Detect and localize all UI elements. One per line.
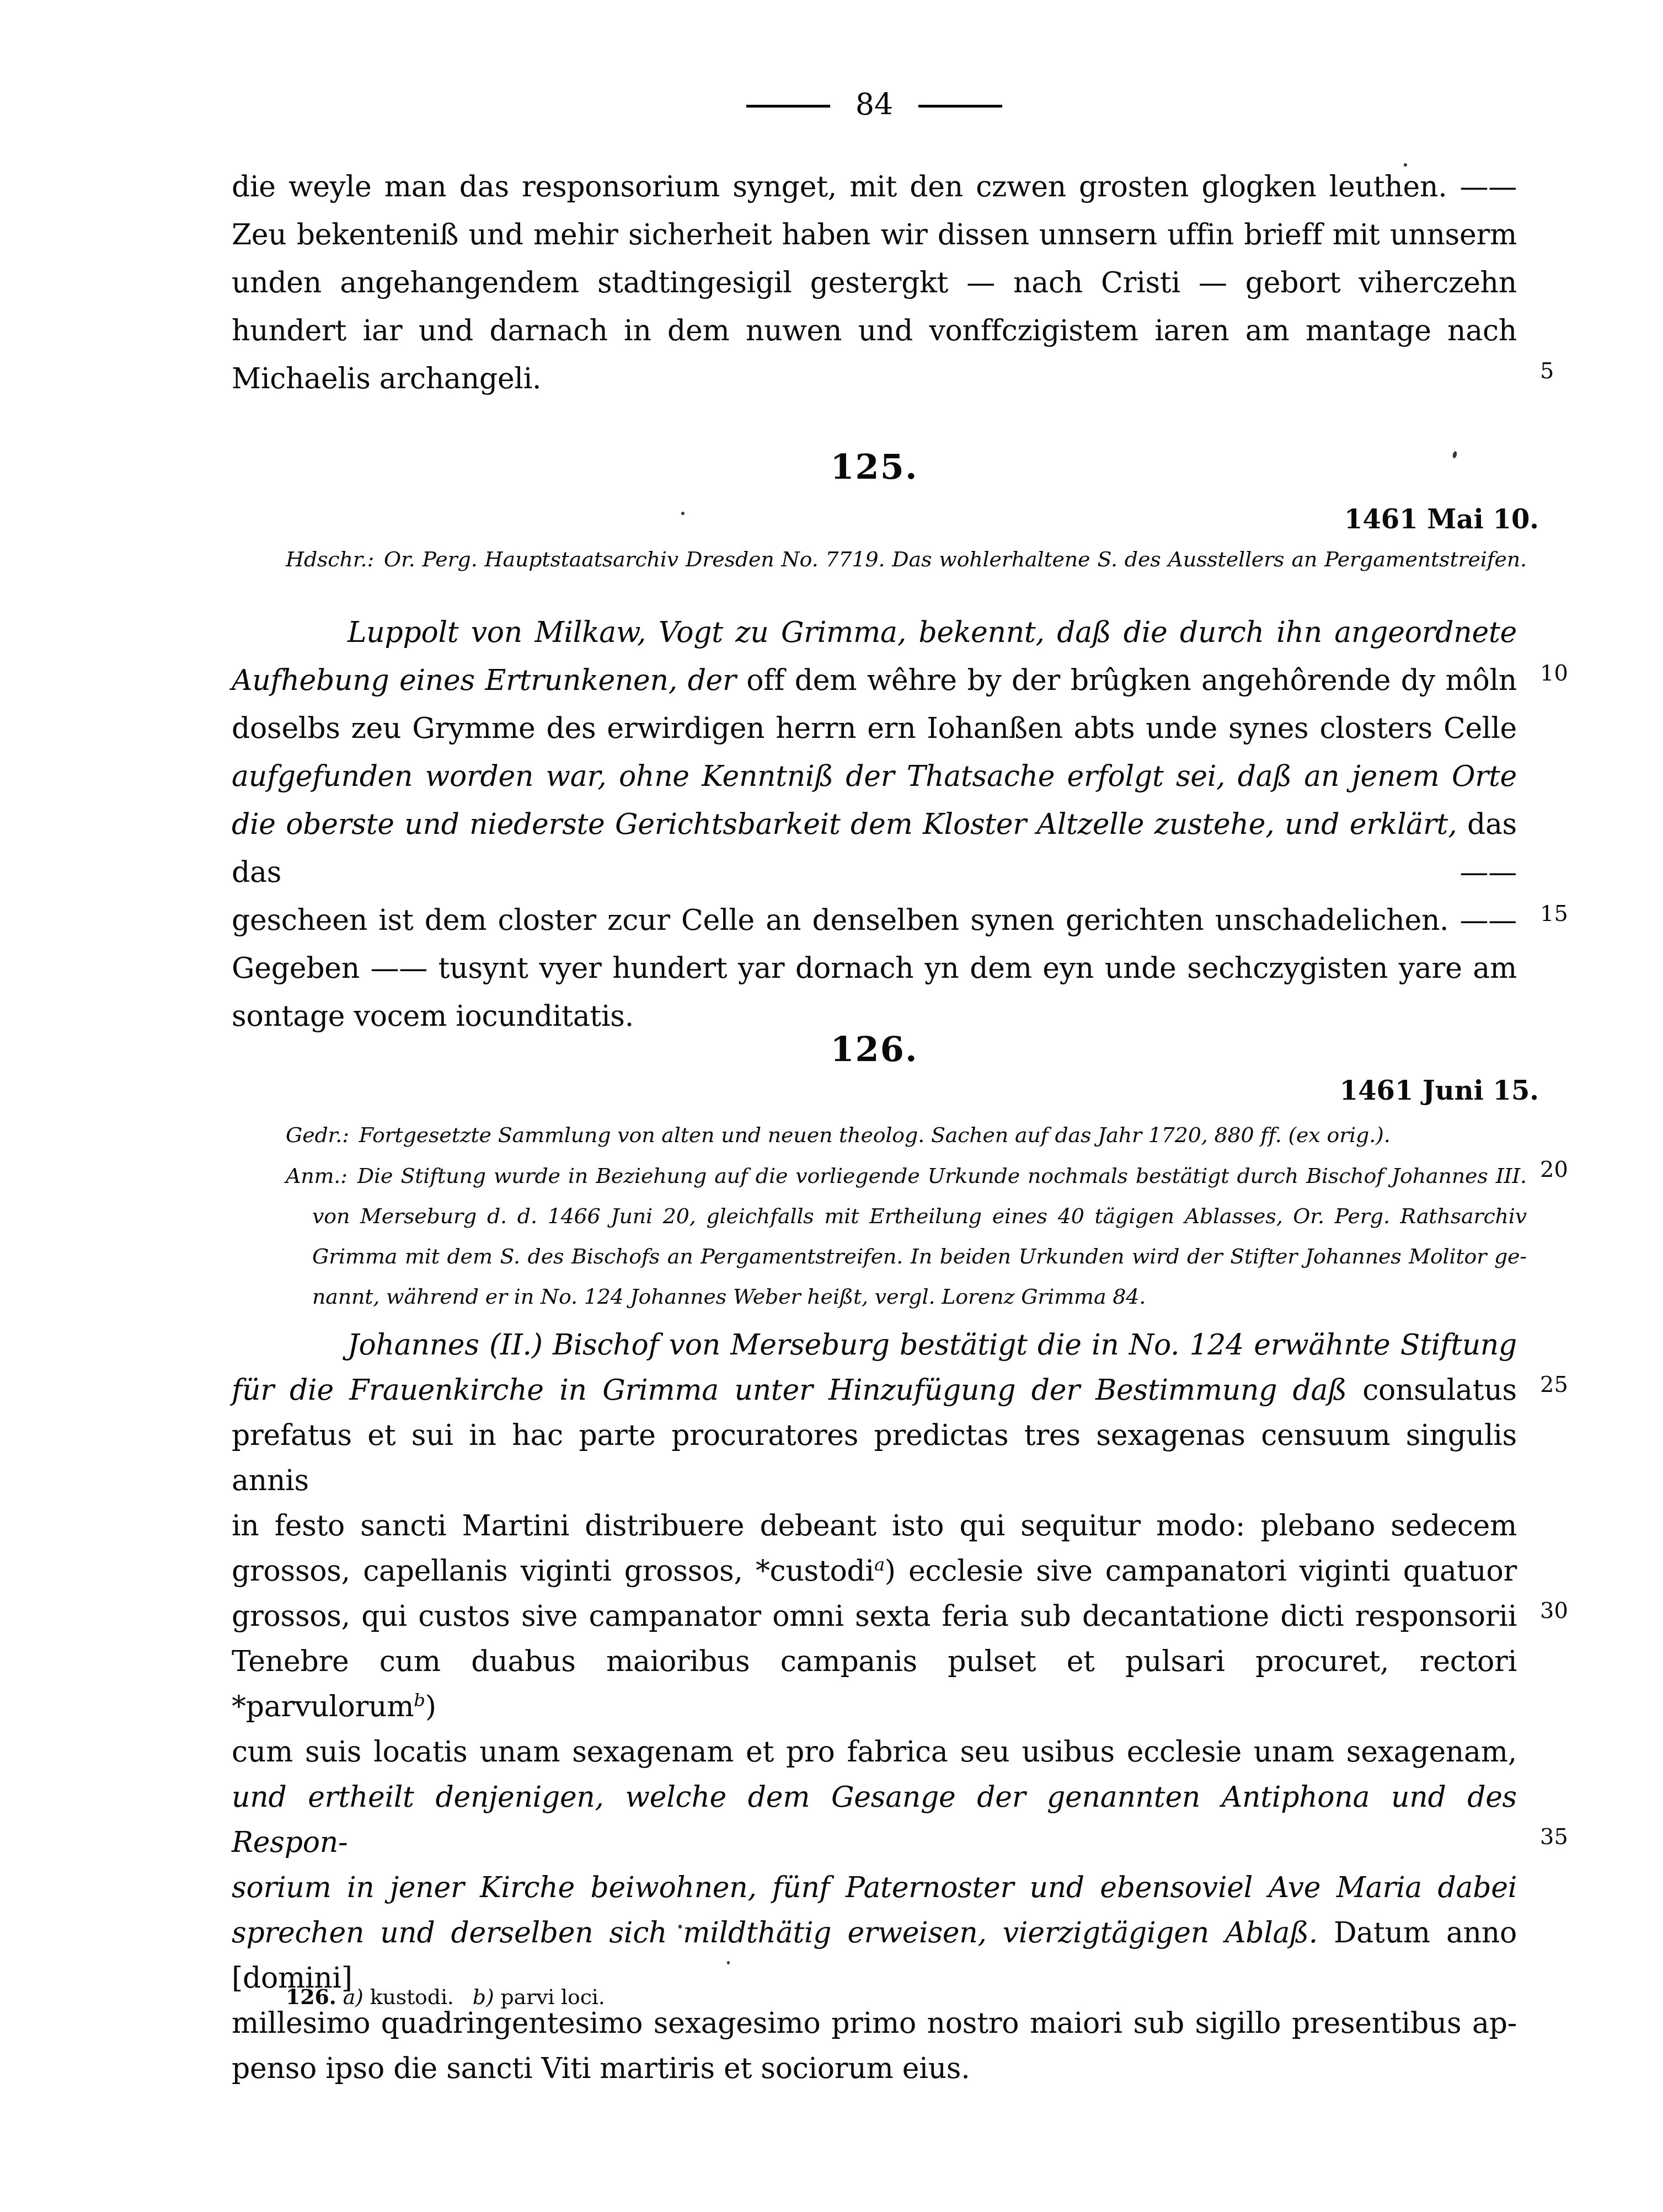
- doc-126-summary-paragraph: Johannes (II.) Bischof von Merseburg bes…: [232, 1322, 1517, 2091]
- text-line: sorium in jener Kirche beiwohnen, fünf P…: [232, 1865, 1517, 1910]
- summary-run: sprechen und derselben sich mildthätig e…: [232, 1916, 1334, 1949]
- summary-run: für die Frauenkirche in Grimma unter Hin…: [232, 1374, 1362, 1407]
- doc-126-heading: 126.: [232, 1029, 1517, 1069]
- note-mark-a: a: [874, 1554, 885, 1575]
- text-line: grossos, capellanis viginti grossos, *cu…: [232, 1549, 1517, 1594]
- footnote: 126. a) kustodi.b) parvi loci.: [286, 1984, 1527, 2009]
- margin-line-number-15: 15: [1540, 901, 1568, 926]
- gedr-text: Fortgesetzte Sammlung von alten und neue…: [359, 1123, 1391, 1147]
- doc-125-date: 1461 Mai 10.: [1344, 504, 1539, 535]
- quoted-run: off dem wêhre by der brûgken angehôrende…: [746, 664, 1517, 697]
- margin-line-number-25: 25: [1540, 1372, 1568, 1397]
- doc-125-heading: 125.: [232, 447, 1517, 487]
- text-line: grossos, qui custos sive campanator omni…: [232, 1594, 1517, 1639]
- header-rule-left: [746, 105, 830, 108]
- margin-line-number-5: 5: [1540, 358, 1554, 384]
- anm-label: Anm.:: [286, 1164, 347, 1188]
- text-line: Tenebre cum duabus maioribus campanis pu…: [232, 1639, 1517, 1729]
- margin-line-number-35: 35: [1540, 1824, 1568, 1850]
- scanned-book-page: 84 die weyle man das responsorium synget…: [0, 0, 1663, 2212]
- text-line: penso ipso die sancti Viti martiris et s…: [232, 2046, 1517, 2091]
- quoted-run: grossos, capellanis viginti grossos, *cu…: [232, 1555, 874, 1588]
- continuation-paragraph: die weyle man das responsorium synget, m…: [232, 163, 1517, 403]
- page-number: 84: [855, 87, 894, 122]
- note-mark-b: b: [414, 1690, 425, 1711]
- footnote-a-text: kustodi.: [370, 1985, 454, 2009]
- text-line: aufgefunden worden war, ohne Kenntniß de…: [232, 753, 1517, 801]
- text-line: die weyle man das responsorium synget, m…: [232, 163, 1517, 211]
- doc-126-date: 1461 Juni 15.: [1340, 1075, 1539, 1106]
- text-line: Luppolt von Milkaw, Vogt zu Grimma, beke…: [232, 609, 1517, 657]
- scan-speck: [678, 1925, 682, 1929]
- text-line: Aufhebung eines Ertrunkenen, der off dem…: [232, 657, 1517, 705]
- text-line: cum suis locatis unam sexagenam et pro f…: [232, 1729, 1517, 1775]
- text-line: Zeu bekenteniß und mehir sicherheit habe…: [232, 211, 1517, 259]
- quoted-run: consulatus: [1362, 1374, 1517, 1407]
- text-line: die oberste und niederste Gerichtsbarkei…: [232, 801, 1517, 897]
- text-line: hundert iar und darnach in dem nuwen und…: [232, 307, 1517, 355]
- anm-run: Die Stiftung wurde in Beziehung auf die …: [357, 1164, 1527, 1188]
- quoted-run: ): [425, 1690, 436, 1723]
- quoted-run: Tenebre cum duabus maioribus campanis pu…: [232, 1645, 1517, 1723]
- text-line: und ertheilt denjenigen, welche dem Gesa…: [232, 1775, 1517, 1865]
- text-line: in festo sancti Martini distribuere debe…: [232, 1503, 1517, 1549]
- summary-run: Aufhebung eines Ertrunkenen, der: [232, 664, 746, 697]
- hdschr-text: Or. Perg. Hauptstaatsarchiv Dresden No. …: [384, 547, 1527, 571]
- text-line: Grimma mit dem S. des Bischofs an Pergam…: [312, 1236, 1527, 1277]
- text-line: Anm.:Die Stiftung wurde in Beziehung auf…: [286, 1156, 1527, 1196]
- margin-line-number-10: 10: [1540, 661, 1568, 686]
- text-line: gescheen ist dem closter zcur Celle an d…: [232, 897, 1517, 945]
- scan-speck: [727, 1961, 730, 1964]
- text-line: für die Frauenkirche in Grimma unter Hin…: [232, 1368, 1517, 1413]
- scan-speck: [681, 512, 685, 515]
- doc-126-print-source-line: Gedr.:Fortgesetzte Sammlung von alten un…: [286, 1123, 1527, 1147]
- text-line: nannt, während er in No. 124 Johannes We…: [312, 1277, 1527, 1317]
- text-line: Michaelis archangeli.: [232, 355, 1517, 403]
- footnote-b-label: b): [473, 1985, 494, 2009]
- text-line: unden angehangendem stadtingesigil geste…: [232, 259, 1517, 307]
- doc-126-annotation: Anm.:Die Stiftung wurde in Beziehung auf…: [286, 1156, 1527, 1317]
- text-line: Johannes (II.) Bischof von Merseburg bes…: [232, 1322, 1517, 1368]
- margin-line-number-20: 20: [1540, 1157, 1568, 1182]
- margin-line-number-30: 30: [1540, 1598, 1568, 1624]
- quoted-run: ) ecclesie sive campanatori viginti quat…: [885, 1555, 1517, 1588]
- doc-125-source-line: Hdschr.:Or. Perg. Hauptstaatsarchiv Dres…: [286, 547, 1527, 571]
- page-header: 84: [232, 87, 1517, 122]
- summary-run: die oberste und niederste Gerichtsbarkei…: [232, 808, 1467, 841]
- footnote-doc-number: 126.: [286, 1984, 336, 2009]
- footnote-a-label: a): [343, 1985, 363, 2009]
- text-line: doselbs zeu Grymme des erwirdigen herrn …: [232, 705, 1517, 753]
- text-line: prefatus et sui in hac parte procuratore…: [232, 1413, 1517, 1503]
- gedr-label: Gedr.:: [286, 1123, 349, 1147]
- doc-125-summary-paragraph: Luppolt von Milkaw, Vogt zu Grimma, beke…: [232, 609, 1517, 1041]
- scan-speck: [1404, 163, 1407, 167]
- text-line: von Merseburg d. d. 1466 Juni 20, gleich…: [312, 1196, 1527, 1236]
- header-rule-right: [918, 105, 1002, 108]
- text-line: Gegeben —— tusynt vyer hundert yar dorna…: [232, 945, 1517, 993]
- hdschr-label: Hdschr.:: [286, 547, 374, 571]
- footnote-b-text: parvi loci.: [500, 1985, 605, 2009]
